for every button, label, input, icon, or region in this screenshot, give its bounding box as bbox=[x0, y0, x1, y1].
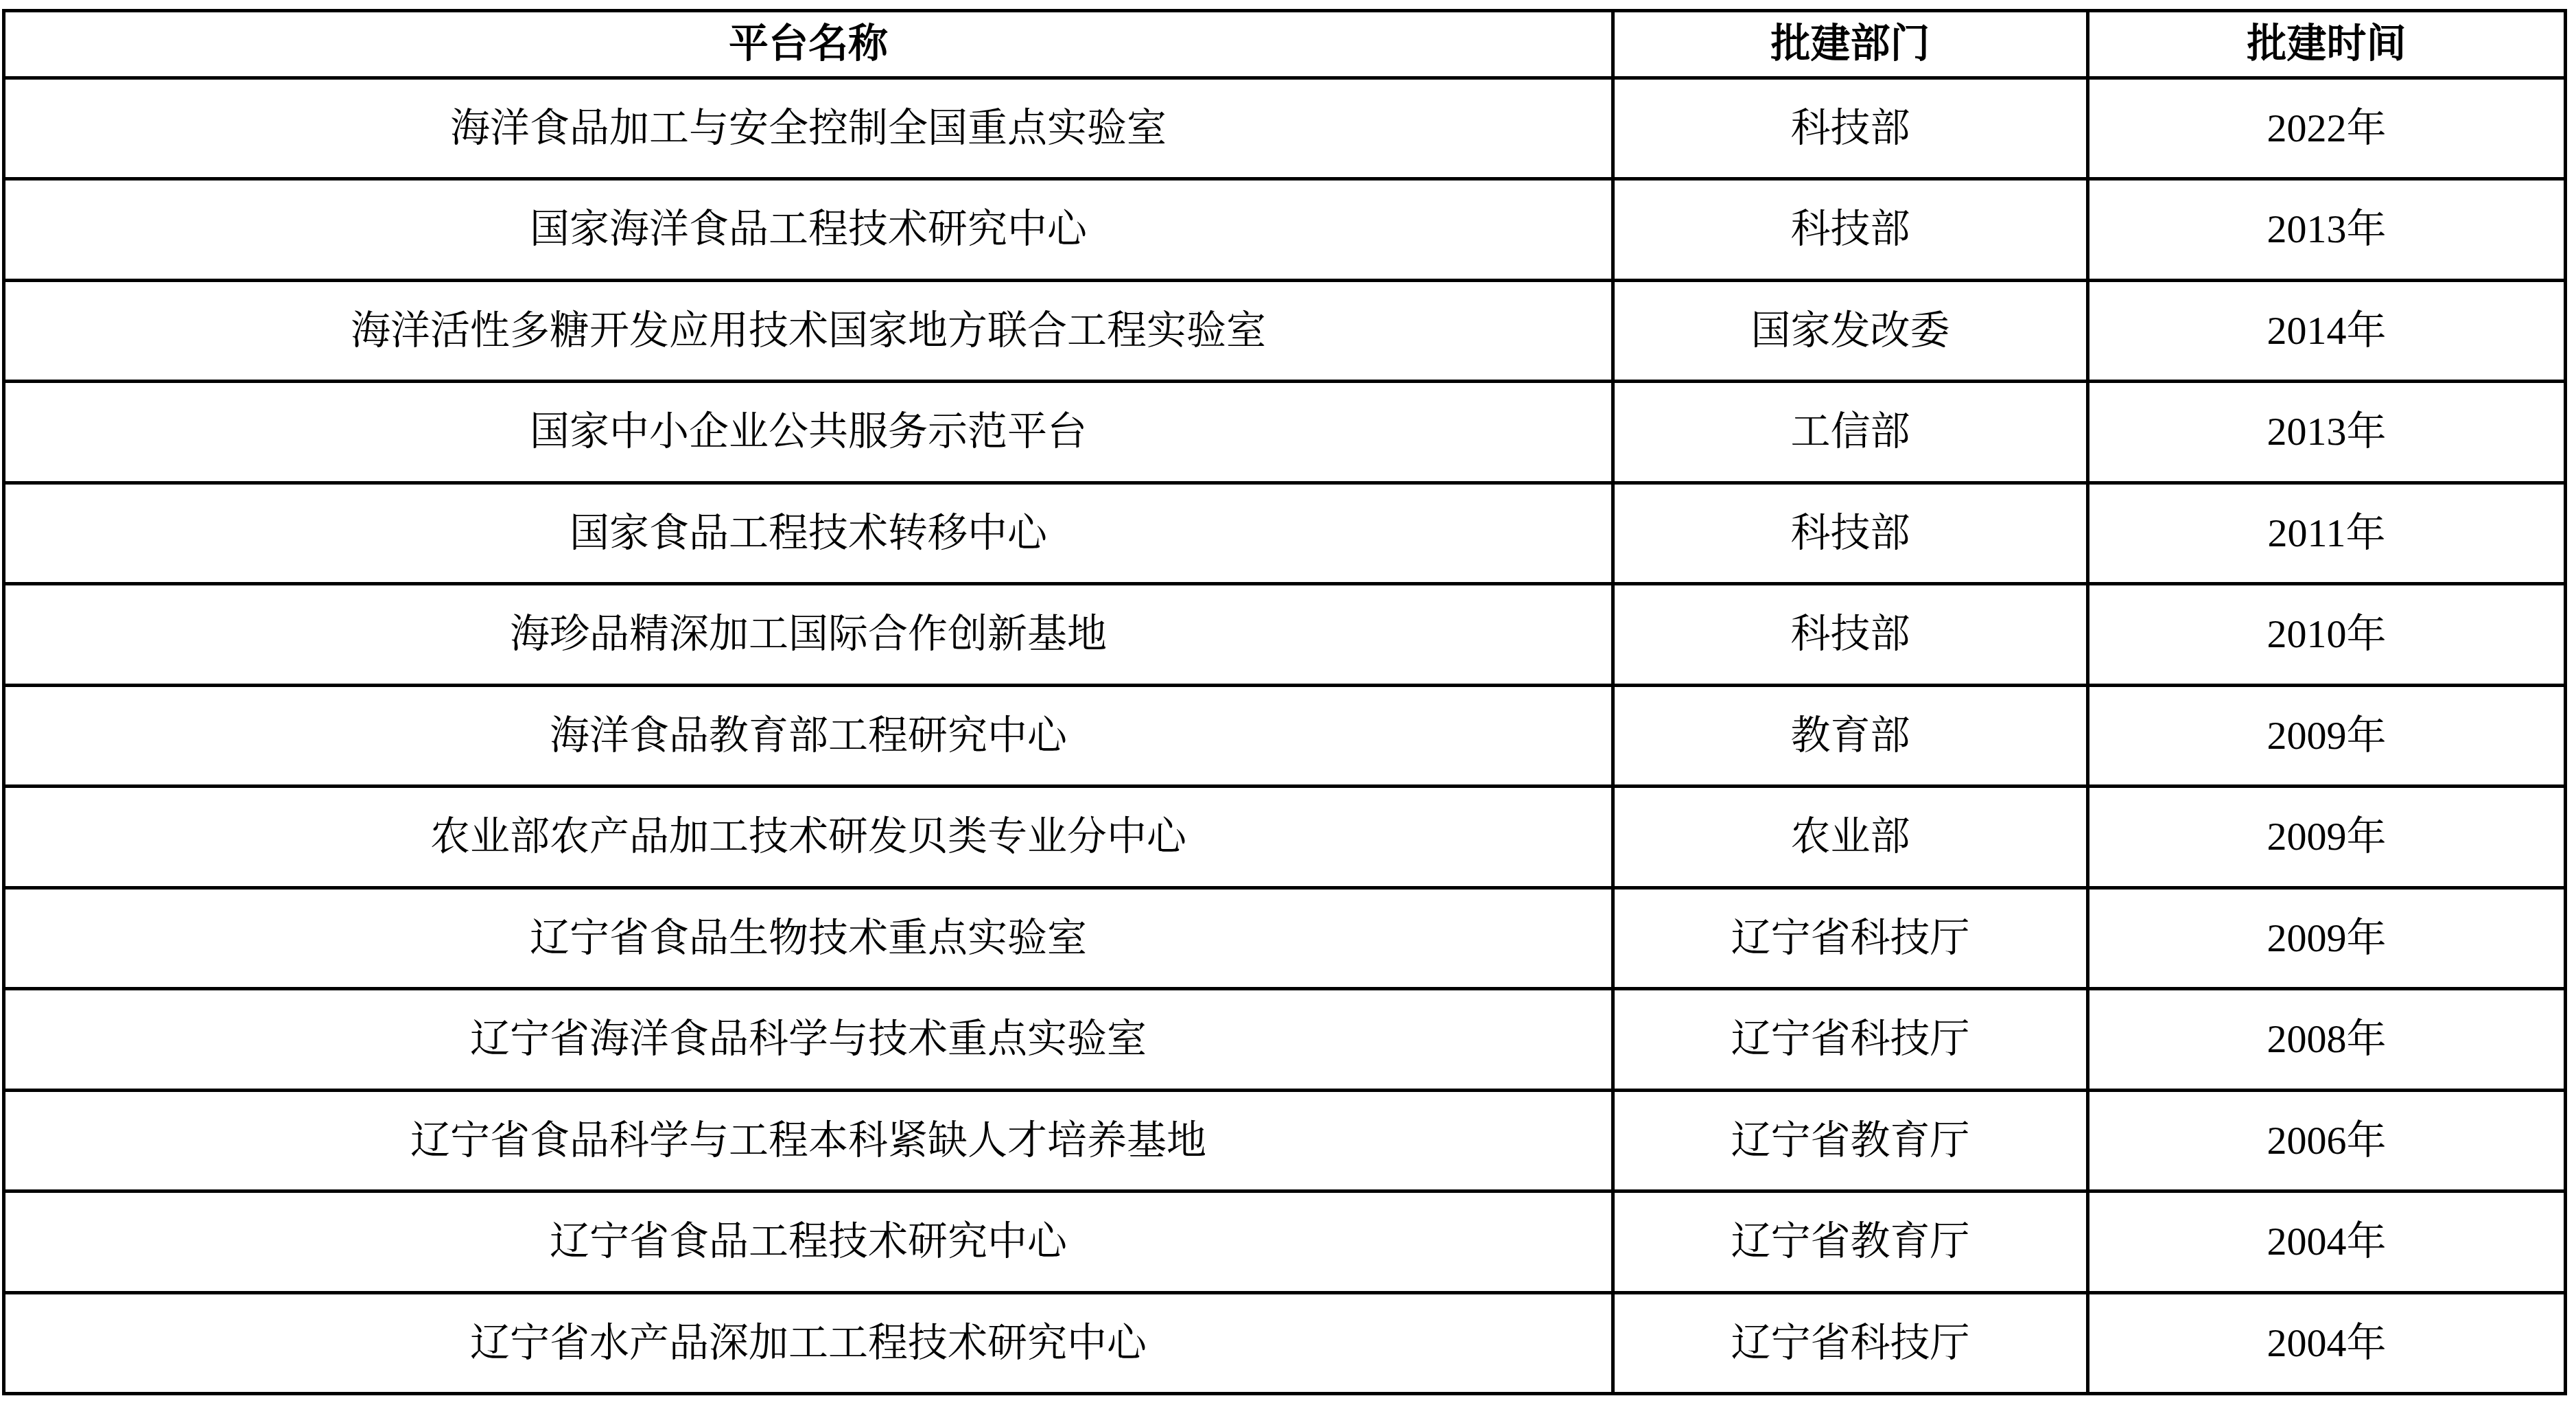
table-row: 海洋食品教育部工程研究中心 教育部 2009年 bbox=[4, 685, 2566, 787]
approving-department-cell: 辽宁省教育厅 bbox=[1613, 1191, 2088, 1293]
platform-name-cell: 辽宁省食品生物技术重点实验室 bbox=[4, 887, 1613, 989]
approval-year-cell: 2013年 bbox=[2088, 382, 2566, 483]
table-row: 辽宁省食品工程技术研究中心 辽宁省教育厅 2004年 bbox=[4, 1191, 2566, 1293]
platform-name-cell: 辽宁省食品工程技术研究中心 bbox=[4, 1191, 1613, 1293]
table-row: 海洋活性多糖开发应用技术国家地方联合工程实验室 国家发改委 2014年 bbox=[4, 280, 2566, 382]
approval-year-cell: 2014年 bbox=[2088, 280, 2566, 382]
platform-name-cell: 农业部农产品加工技术研发贝类专业分中心 bbox=[4, 787, 1613, 888]
approving-department-cell: 辽宁省科技厅 bbox=[1613, 887, 2088, 989]
table-row: 农业部农产品加工技术研发贝类专业分中心 农业部 2009年 bbox=[4, 787, 2566, 888]
table-row: 海珍品精深加工国际合作创新基地 科技部 2010年 bbox=[4, 584, 2566, 686]
table-row: 辽宁省食品生物技术重点实验室 辽宁省科技厅 2009年 bbox=[4, 887, 2566, 989]
header-row: 平台名称 批建部门 批建时间 bbox=[4, 11, 2566, 78]
approval-year-cell: 2009年 bbox=[2088, 685, 2566, 787]
approval-year-cell: 2010年 bbox=[2088, 584, 2566, 686]
table-row: 海洋食品加工与安全控制全国重点实验室 科技部 2022年 bbox=[4, 78, 2566, 179]
platform-name-cell: 海洋食品教育部工程研究中心 bbox=[4, 685, 1613, 787]
platform-name-cell: 国家中小企业公共服务示范平台 bbox=[4, 382, 1613, 483]
table-container: 平台名称 批建部门 批建时间 海洋食品加工与安全控制全国重点实验室 科技部 20… bbox=[0, 0, 2576, 1407]
table-row: 辽宁省水产品深加工工程技术研究中心 辽宁省科技厅 2004年 bbox=[4, 1292, 2566, 1394]
approving-department-cell: 科技部 bbox=[1613, 584, 2088, 686]
approving-department-cell: 辽宁省科技厅 bbox=[1613, 1292, 2088, 1394]
approving-department-cell: 科技部 bbox=[1613, 179, 2088, 281]
approving-department-cell: 工信部 bbox=[1613, 382, 2088, 483]
platforms-table: 平台名称 批建部门 批建时间 海洋食品加工与安全控制全国重点实验室 科技部 20… bbox=[2, 9, 2567, 1395]
approval-year-cell: 2004年 bbox=[2088, 1292, 2566, 1394]
column-header-approval-time: 批建时间 bbox=[2088, 11, 2566, 78]
approving-department-cell: 辽宁省科技厅 bbox=[1613, 989, 2088, 1091]
platform-name-cell: 国家海洋食品工程技术研究中心 bbox=[4, 179, 1613, 281]
platform-name-cell: 辽宁省食品科学与工程本科紧缺人才培养基地 bbox=[4, 1090, 1613, 1191]
platform-name-cell: 辽宁省水产品深加工工程技术研究中心 bbox=[4, 1292, 1613, 1394]
approving-department-cell: 教育部 bbox=[1613, 685, 2088, 787]
approving-department-cell: 国家发改委 bbox=[1613, 280, 2088, 382]
approval-year-cell: 2009年 bbox=[2088, 887, 2566, 989]
table-row: 国家中小企业公共服务示范平台 工信部 2013年 bbox=[4, 382, 2566, 483]
platform-name-cell: 海洋活性多糖开发应用技术国家地方联合工程实验室 bbox=[4, 280, 1613, 382]
approving-department-cell: 辽宁省教育厅 bbox=[1613, 1090, 2088, 1191]
table-row: 辽宁省海洋食品科学与技术重点实验室 辽宁省科技厅 2008年 bbox=[4, 989, 2566, 1091]
platform-name-cell: 海珍品精深加工国际合作创新基地 bbox=[4, 584, 1613, 686]
approval-year-cell: 2022年 bbox=[2088, 78, 2566, 179]
approving-department-cell: 科技部 bbox=[1613, 482, 2088, 584]
platform-name-cell: 国家食品工程技术转移中心 bbox=[4, 482, 1613, 584]
approval-year-cell: 2004年 bbox=[2088, 1191, 2566, 1293]
approval-year-cell: 2006年 bbox=[2088, 1090, 2566, 1191]
table-row: 国家海洋食品工程技术研究中心 科技部 2013年 bbox=[4, 179, 2566, 281]
column-header-approving-department: 批建部门 bbox=[1613, 11, 2088, 78]
approval-year-cell: 2009年 bbox=[2088, 787, 2566, 888]
table-row: 辽宁省食品科学与工程本科紧缺人才培养基地 辽宁省教育厅 2006年 bbox=[4, 1090, 2566, 1191]
approving-department-cell: 农业部 bbox=[1613, 787, 2088, 888]
approving-department-cell: 科技部 bbox=[1613, 78, 2088, 179]
column-header-platform-name: 平台名称 bbox=[4, 11, 1613, 78]
table-row: 国家食品工程技术转移中心 科技部 2011年 bbox=[4, 482, 2566, 584]
approval-year-cell: 2011年 bbox=[2088, 482, 2566, 584]
approval-year-cell: 2013年 bbox=[2088, 179, 2566, 281]
platform-name-cell: 海洋食品加工与安全控制全国重点实验室 bbox=[4, 78, 1613, 179]
approval-year-cell: 2008年 bbox=[2088, 989, 2566, 1091]
platform-name-cell: 辽宁省海洋食品科学与技术重点实验室 bbox=[4, 989, 1613, 1091]
